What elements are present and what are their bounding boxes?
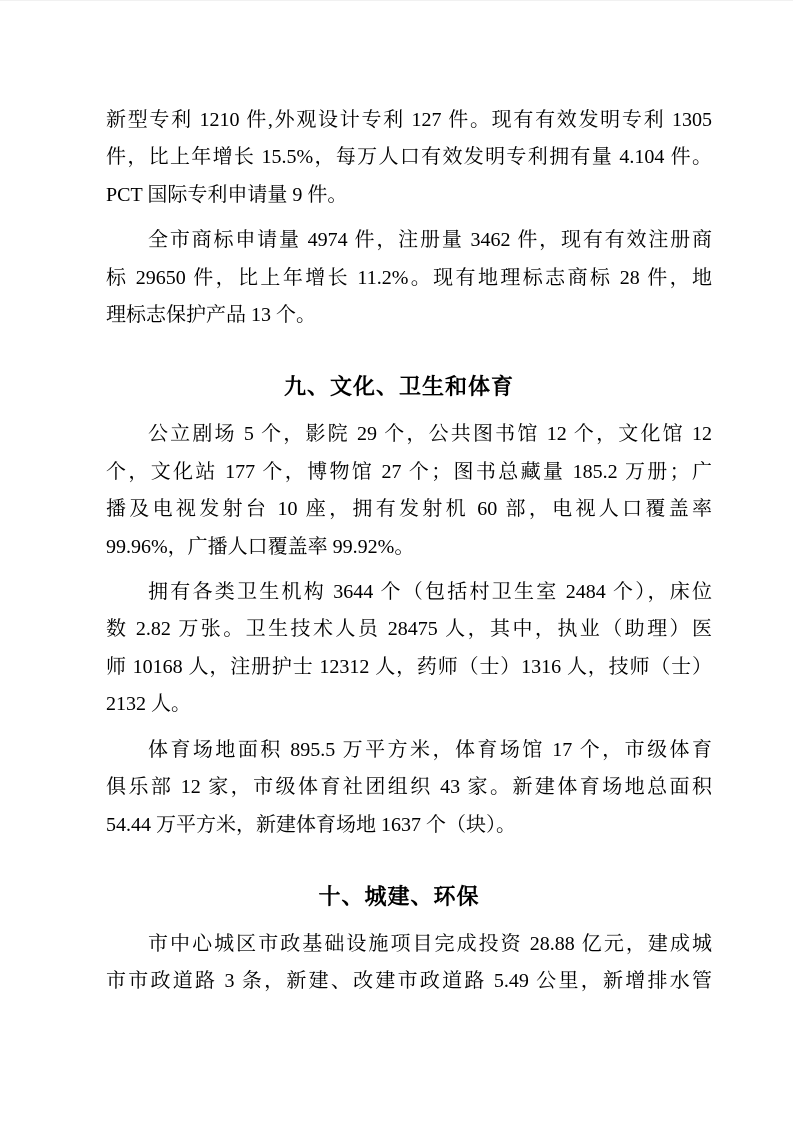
text-line: 件，比上年增长 15.5%，每万人口有效发明专利拥有量 4.104 件。 xyxy=(106,139,712,176)
text-line: 2132 人。 xyxy=(106,686,712,723)
section-heading-culture-health-sports: 九、文化、卫生和体育 xyxy=(106,370,692,403)
text-line: 拥有各类卫生机构 3644 个（包括村卫生室 2484 个），床位 xyxy=(106,574,712,611)
text-line: 数 2.82 万张。卫生技术人员 28475 人，其中，执业（助理）医 xyxy=(106,611,712,648)
paragraph-sports-facilities: 体育场地面积 895.5 万平方米，体育场馆 17 个，市级体育 俱乐部 12 … xyxy=(106,732,712,844)
text-line: 播及电视发射台 10 座，拥有发射机 60 部，电视人口覆盖率 xyxy=(106,491,712,528)
text-line: 54.44 万平方米，新建体育场地 1637 个（块）。 xyxy=(106,807,712,844)
text-line: 全市商标申请量 4974 件，注册量 3462 件，现有有效注册商 xyxy=(106,222,712,259)
text-line: 个，文化站 177 个，博物馆 27 个；图书总藏量 185.2 万册；广 xyxy=(106,454,712,491)
text-line: 体育场地面积 895.5 万平方米，体育场馆 17 个，市级体育 xyxy=(106,732,712,769)
text-line: 师 10168 人，注册护士 12312 人，药师（士）1316 人，技师（士） xyxy=(106,649,712,686)
text-line: 标 29650 件，比上年增长 11.2%。现有地理标志商标 28 件，地 xyxy=(106,260,712,297)
text-line: 新型专利 1210 件,外观设计专利 127 件。现有有效发明专利 1305 xyxy=(106,102,712,139)
text-line: 市市政道路 3 条，新建、改建市政道路 5.49 公里，新增排水管 xyxy=(106,963,712,1000)
text-line: 99.96%，广播人口覆盖率 99.92%。 xyxy=(106,529,712,566)
paragraph-health-institutions: 拥有各类卫生机构 3644 个（包括村卫生室 2484 个），床位 数 2.82… xyxy=(106,574,712,724)
section-heading-urban-construction-environment: 十、城建、环保 xyxy=(106,880,692,913)
text-line: 公立剧场 5 个，影院 29 个，公共图书馆 12 个，文化馆 12 xyxy=(106,416,712,453)
paragraph-trademarks: 全市商标申请量 4974 件，注册量 3462 件，现有有效注册商 标 2965… xyxy=(106,222,712,334)
text-line: 市中心城区市政基础设施项目完成投资 28.88 亿元，建成城 xyxy=(106,926,712,963)
text-line: 理标志保护产品 13 个。 xyxy=(106,297,712,334)
text-line: PCT 国际专利申请量 9 件。 xyxy=(106,177,712,214)
paragraph-municipal-infrastructure: 市中心城区市政基础设施项目完成投资 28.88 亿元，建成城 市市政道路 3 条… xyxy=(106,926,712,1001)
text-line: 俱乐部 12 家，市级体育社团组织 43 家。新建体育场地总面积 xyxy=(106,769,712,806)
document-page: 新型专利 1210 件,外观设计专利 127 件。现有有效发明专利 1305 件… xyxy=(0,0,793,1122)
paragraph-patents: 新型专利 1210 件,外观设计专利 127 件。现有有效发明专利 1305 件… xyxy=(106,102,712,214)
paragraph-culture-facilities: 公立剧场 5 个，影院 29 个，公共图书馆 12 个，文化馆 12 个，文化站… xyxy=(106,416,712,566)
